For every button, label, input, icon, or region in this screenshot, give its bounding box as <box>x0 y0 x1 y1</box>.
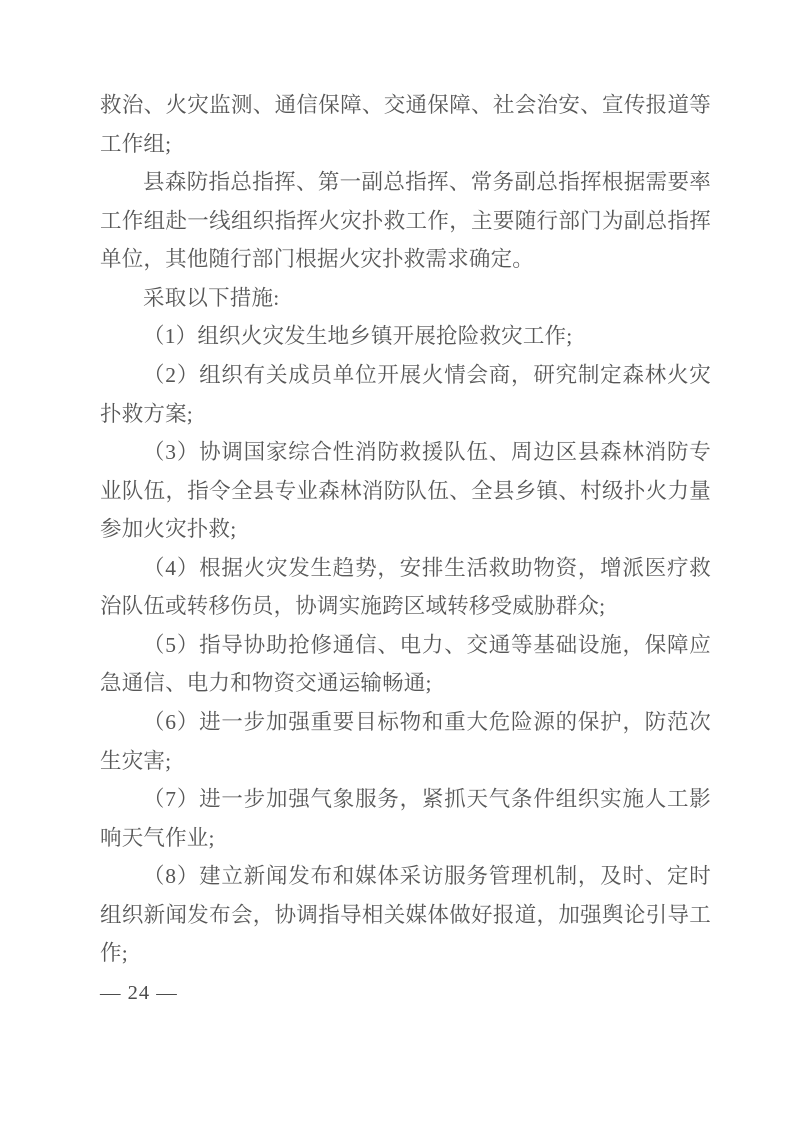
doc-line: （5）指导协助抢修通信、电力、交通等基础设施，保障应 <box>100 626 711 665</box>
doc-line: 生灾害; <box>100 742 711 781</box>
page-number: — 24 — <box>100 982 178 1005</box>
doc-line: 工作组; <box>100 125 711 164</box>
doc-line: 业队伍，指令全县专业森林消防队伍、全县乡镇、村级扑火力量 <box>100 472 711 511</box>
doc-line: （6）进一步加强重要目标物和重大危险源的保护，防范次 <box>100 703 711 742</box>
doc-line: （4）根据火灾发生趋势，安排生活救助物资，增派医疗救 <box>100 549 711 588</box>
doc-line: （8）建立新闻发布和媒体采访服务管理机制，及时、定时 <box>100 857 711 896</box>
doc-line: 响天气作业; <box>100 819 711 858</box>
doc-line: 治队伍或转移伤员，协调实施跨区域转移受威胁群众; <box>100 587 711 626</box>
doc-line: 工作组赴一线组织指挥火灾扑救工作，主要随行部门为副总指挥 <box>100 202 711 241</box>
doc-line: 扑救方案; <box>100 395 711 434</box>
doc-line: 县森防指总指挥、第一副总指挥、常务副总指挥根据需要率 <box>100 163 711 202</box>
doc-line: 作; <box>100 934 711 973</box>
doc-line: 采取以下措施: <box>100 279 711 318</box>
doc-line: （7）进一步加强气象服务，紧抓天气条件组织实施人工影 <box>100 780 711 819</box>
doc-line: 组织新闻发布会，协调指导相关媒体做好报道，加强舆论引导工 <box>100 896 711 935</box>
doc-line: 救治、火灾监测、通信保障、交通保障、社会治安、宣传报道等 <box>100 86 711 125</box>
doc-line: 单位，其他随行部门根据火灾扑救需求确定。 <box>100 240 711 279</box>
document-body: 救治、火灾监测、通信保障、交通保障、社会治安、宣传报道等 工作组; 县森防指总指… <box>100 86 711 973</box>
doc-line: 急通信、电力和物资交通运输畅通; <box>100 664 711 703</box>
doc-line: （3）协调国家综合性消防救援队伍、周边区县森林消防专 <box>100 433 711 472</box>
document-page: 救治、火灾监测、通信保障、交通保障、社会治安、宣传报道等 工作组; 县森防指总指… <box>0 0 793 1121</box>
doc-line: 参加火灾扑救; <box>100 510 711 549</box>
doc-line: （1）组织火灾发生地乡镇开展抢险救灾工作; <box>100 317 711 356</box>
doc-line: （2）组织有关成员单位开展火情会商，研究制定森林火灾 <box>100 356 711 395</box>
